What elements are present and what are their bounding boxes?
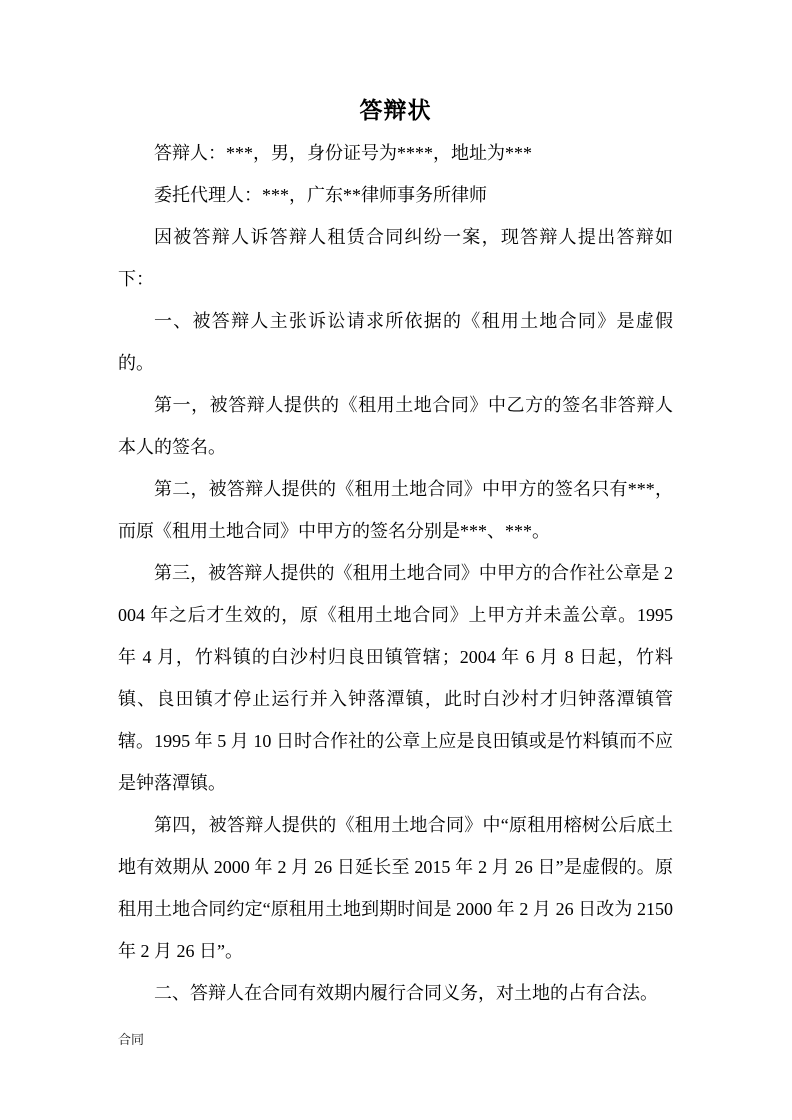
document-title: 答辩状 <box>118 89 673 132</box>
paragraph-intro: 因被答辩人诉答辩人租赁合同纠纷一案，现答辩人提出答辩如下： <box>118 216 673 300</box>
paragraph-point-two: 二、答辩人在合同有效期内履行合同义务，对土地的占有合法。 <box>118 972 673 1014</box>
paragraph-point-one-second: 第二，被答辩人提供的《租用土地合同》中甲方的签名只有***，而原《租用土地合同》… <box>118 468 673 552</box>
paragraph-point-one: 一、被答辩人主张诉讼请求所依据的《租用土地合同》是虚假的。 <box>118 300 673 384</box>
paragraph-point-one-fourth: 第四，被答辩人提供的《租用土地合同》中“原租用榕树公后底土地有效期从 2000 … <box>118 804 673 972</box>
paragraph-agent-info: 委托代理人：***，广东**律师事务所律师 <box>118 174 673 216</box>
paragraph-respondent-info: 答辩人：***，男，身份证号为****，地址为*** <box>118 132 673 174</box>
paragraph-point-one-third: 第三，被答辩人提供的《租用土地合同》中甲方的合作社公章是 2004 年之后才生效… <box>118 552 673 804</box>
paragraph-point-one-first: 第一，被答辩人提供的《租用土地合同》中乙方的签名非答辩人本人的签名。 <box>118 384 673 468</box>
document-page: 答辩状 答辩人：***，男，身份证号为****，地址为*** 委托代理人：***… <box>0 0 792 1120</box>
footer-label: 合同 <box>118 1031 144 1049</box>
